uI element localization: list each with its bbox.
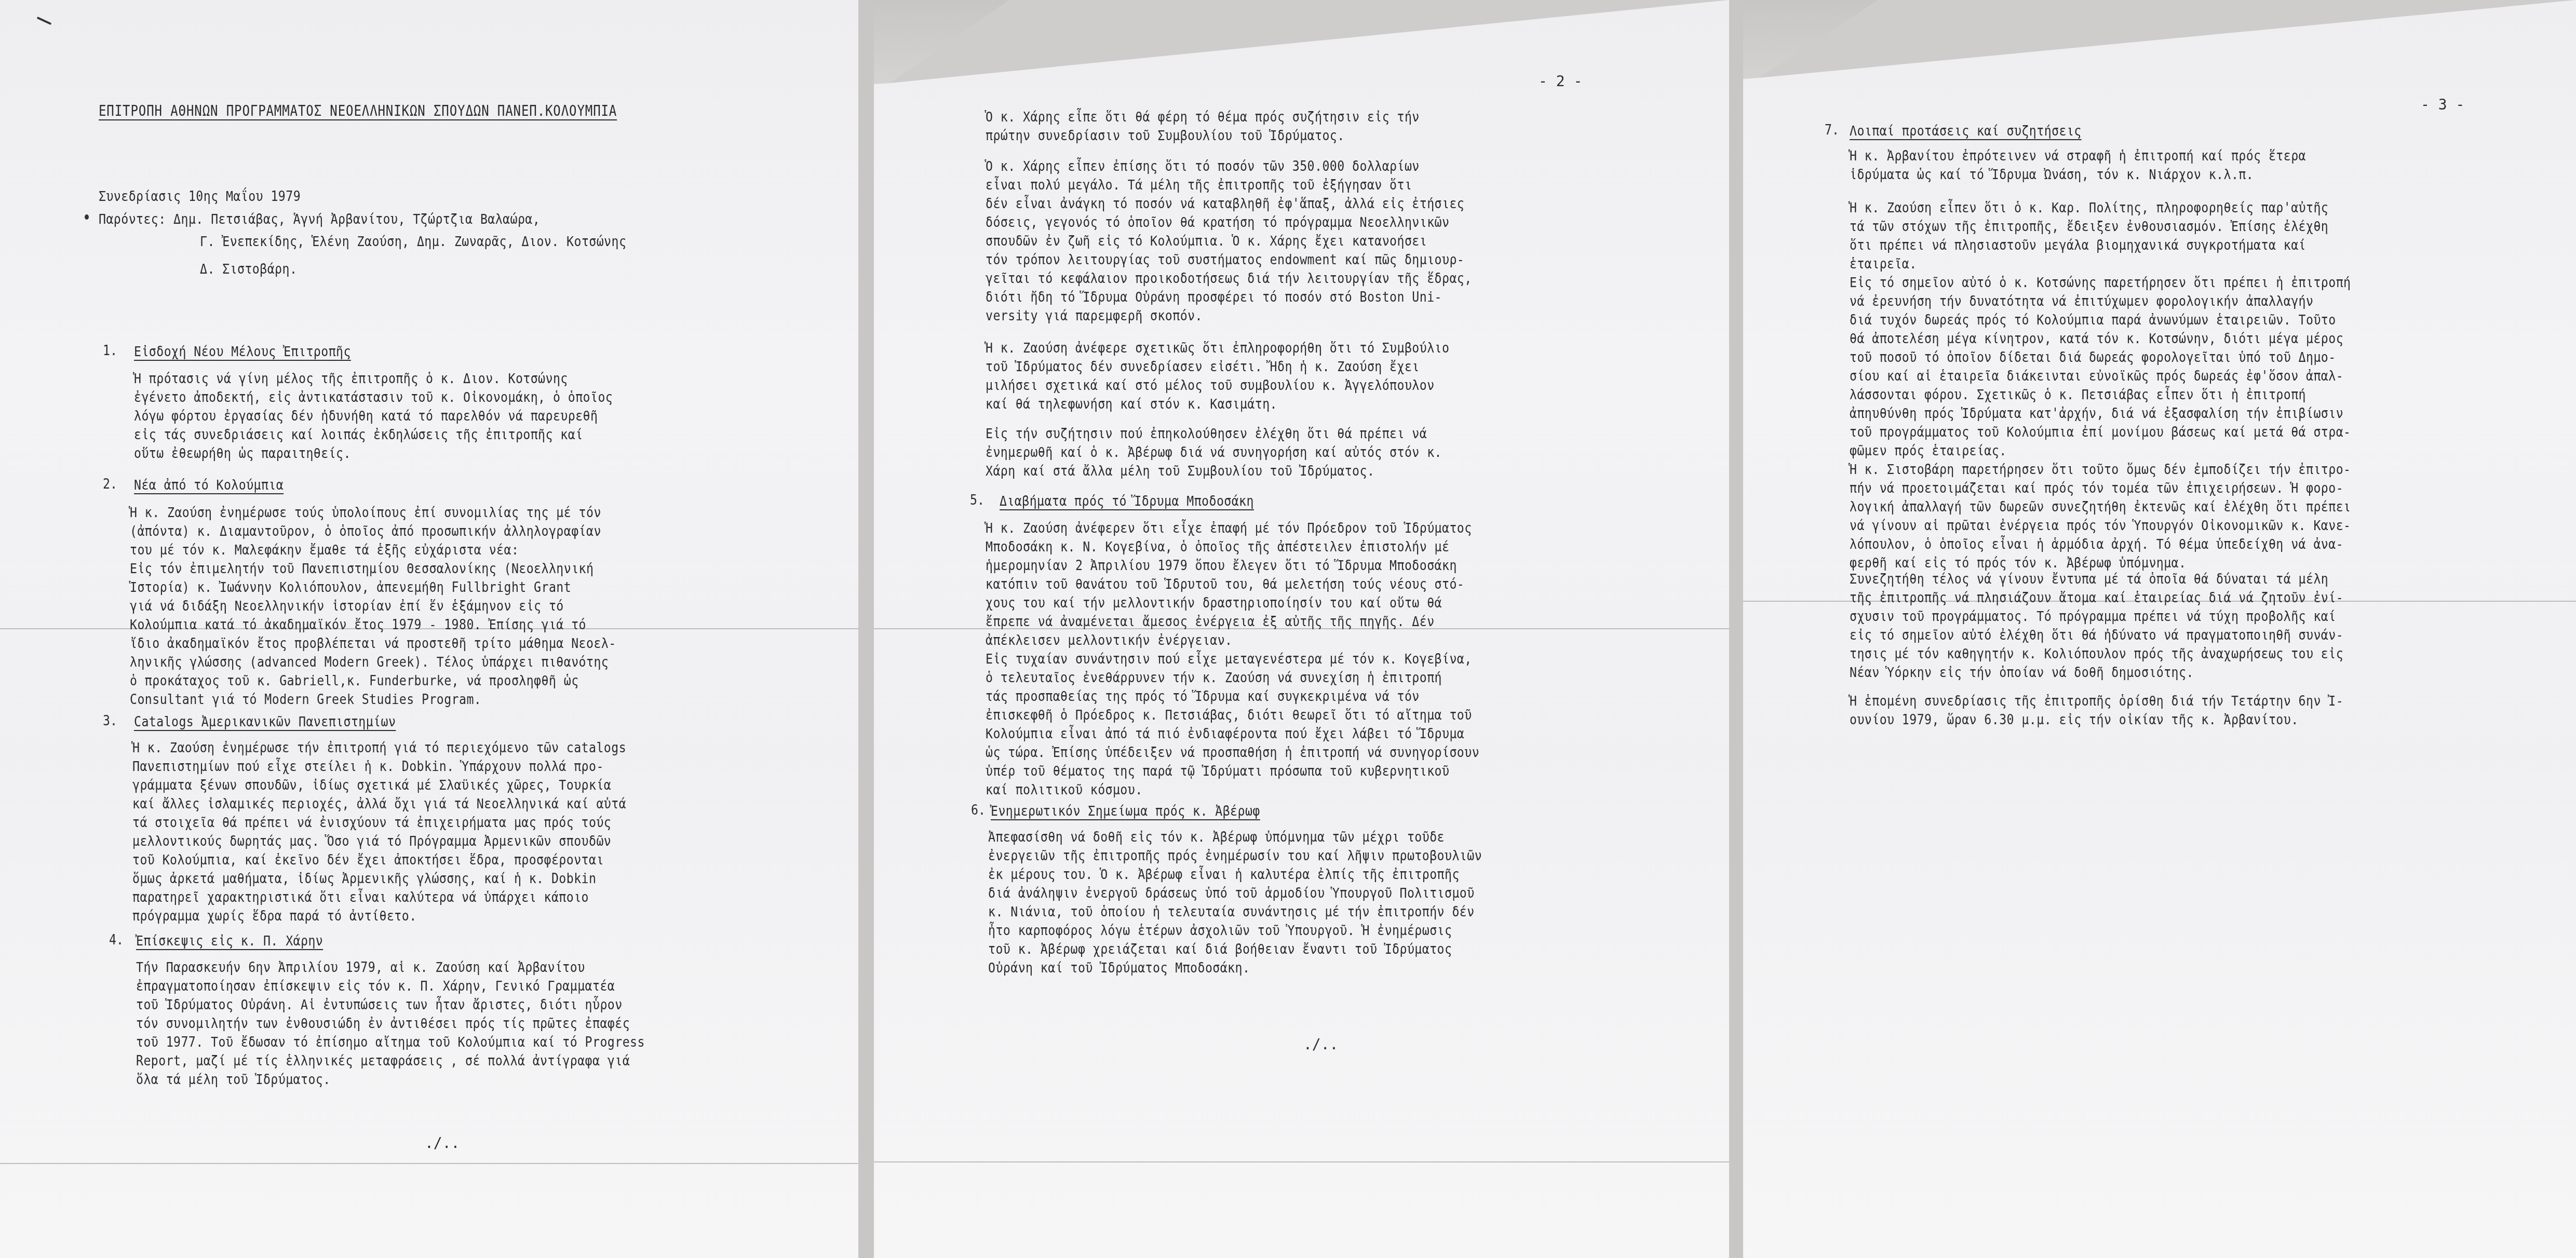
section-body: Ἀπεφασίσθη νά δοθῆ εἰς τόν κ. Ἀβέρωφ ὑπό… [988,828,1562,978]
text-line: ἐπισκεφθῆ ὁ Πρόεδρος κ. Πετσιάβας, διότι… [986,706,1479,725]
text-line: τά στοιχεῖα θά πρέπει νά ἐνισχύουν τά ἐπ… [132,814,626,832]
text-line: ἀπηυθύνθη πρός Ἱδρύματα κατ'ἀρχήν, διά ν… [1850,404,2351,423]
text-line: ληνικῆς γλώσσης (advanced Modern Greek).… [130,653,616,672]
text-line: λόπουλον, ὁ ὁποῖος εἶναι ἡ ἁρμόδια ἀρχή.… [1850,535,2351,554]
paragraph: Ἡ ἑπομένη συνεδρίασις τῆς ἐπιτροπῆς ὁρίσ… [1850,692,2424,729]
text-line: λόγω φόρτου ἐργασίας δέν ἠδυνήθη κατά τό… [134,407,613,426]
text-line: Εἰς τυχαίαν συνάντησιν πού εἶχε μεταγενέ… [986,650,1479,669]
text-line: τόν συνομιλητήν των ἐνθουσιώδη ἐν ἀντιθέ… [136,1014,645,1033]
text-line: παρατηρεῖ χαρακτηριστικά ὅτι εἶναι καλύτ… [132,888,626,907]
text-line: τοῦ ποσοῦ τό ὁποῖον δίδεται διά δωρεάς φ… [1850,348,2351,367]
text-line: διά τυχόν δωρεάς πρός τό Κολούμπια παρά … [1850,311,2351,330]
text-line: μιλήσει σχετικά καί στό μέλος τοῦ συμβου… [986,376,1449,395]
section-body: Ἡ κ. Ζαούση ἐνημέρωσε τούς ὑπολοίπους ἐπ… [130,504,695,709]
text-line: ὁ τελευταῖος ἐνεθάρρυνεν τήν κ. Ζαούση ν… [986,669,1479,687]
text-line: λογική ἀπαλλαγή τῶν δωρεῶν συνεζητήθη ἐκ… [1850,498,2351,517]
text-line: τάς προσπαθείας της πρός τό Ἵδρυμα καί σ… [986,687,1479,706]
section-heading: Ἐπίσκεψις εἰς κ. Π. Χάρην [136,932,323,951]
text-line: γιά νά διδάξη Νεοελληνικήν ἱστορίαν ἐπί … [130,597,616,616]
text-line: φῶμεν πρός ἑταιρείας. [1850,442,2351,461]
text-line: Εἰς τό σημεῖον αὐτό ὁ κ. Κοτσώνης παρετή… [1850,274,2351,292]
attendees-line: Γ. Ἐνεπεκίδης, Ἑλένη Ζαούση, Δημ. Ζωναρᾶ… [200,231,626,253]
text-line: διότι ἤδη τό Ἵδρυμα Οὐράνη προσφέρει τό … [986,288,1472,307]
text-line: καί ἄλλες ἰσλαμικές περιοχές, ἀλλά ὄχι γ… [132,795,626,814]
text-line: Ἡ κ. Ζαούση ἐνημέρωσε τήν ἐπιτροπή γιά τ… [132,739,626,757]
text-line: Εἰς τόν ἐπιμελητήν τοῦ Πανεπιστημίου Θεσ… [130,560,616,578]
text-line: τοῦ Ἱδρύματος Οὐράνη. Αἱ ἐντυπώσεις των … [136,996,645,1014]
paragraph: Ἡ κ. Ζαούση ἀνέφερε σχετικῶς ὅτι ἐπληροφ… [986,339,1525,414]
text-line: μελλοντικούς δωρητάς μας. Ὅσο γιά τό Πρό… [132,832,626,851]
text-line: οὕτω ἐθεωρήθη ὡς παραιτηθείς. [134,444,613,463]
session-date: Συνεδρίασις 10ης Μαΐου 1979 [99,185,540,208]
text-line: ὅλα τά μέλη τοῦ Ἱδρύματος. [136,1071,645,1089]
text-line: γράμματα ξένων σπουδῶν, ἰδίως σχετικά μέ… [132,776,626,795]
section-number: 5. [970,492,984,508]
text-line: τοῦ προγράμματος τοῦ Κολούμπια ἐπί μονίμ… [1850,423,2351,442]
text-line: κ. Νιάνια, τοῦ ὁποίου ἡ τελευταία συνάντ… [988,903,1482,922]
section-body: Ἡ πρότασις νά γίνη μέλος τῆς ἐπιτροπῆς ὁ… [134,370,691,463]
section-heading: Ἐνημερωτικόν Σημείωμα πρός κ. Ἀβέρωφ [991,802,1260,821]
document-page-2: - 2 - Ὁ κ. Χάρης εἶπε ὅτι θά φέρη τό θέμ… [874,0,1729,1258]
section-number: 7. [1825,122,1839,138]
text-line: ὅτι πρέπει νά πλησιαστοῦν μεγάλα βιομηχα… [1850,236,2351,255]
text-line: Τήν Παρασκευήν 6ην Ἀπριλίου 1979, αἱ κ. … [136,958,645,977]
section-heading: Διαβήματα πρός τό Ἵδρυμα Μποδοσάκη [1000,492,1254,511]
text-line: τόν τρόπον λειτουργίας τοῦ συστήματος en… [986,251,1472,269]
text-line: δέν εἶναι ἀνάγκη τό ποσόν νά καταβληθῆ ἐ… [986,195,1472,213]
page-gap [858,0,874,1258]
text-line: καί θά τηλεφωνήση καί στόν κ. Κασιμάτη. [986,395,1449,414]
continuation-mark: ./.. [1303,1036,1338,1053]
paragraph: Ὁ κ. Χάρης εἶπε ὅτι θά φέρη τό θέμα πρός… [986,108,1490,145]
text-line: versity γιά παρεμφερῆ σκοπόν. [986,307,1472,326]
text-line: Οὐράνη καί τοῦ Ἱδρύματος Μποδοσάκη. [988,959,1482,978]
text-line: Report, μαζί μέ τίς ἑλληνικές μεταφράσει… [136,1052,645,1071]
text-line: δόσεις, γεγονός τό ὁποῖον θά κρατήση τό … [986,213,1472,232]
text-line: Ἡ κ. Ζαούση ἀνέφερεν ὅτι εἶχε ἐπαφή μέ τ… [986,519,1479,538]
section-number: 6. [971,802,986,818]
text-line: Εἰς τήν συζήτησιν πού ἐπηκολούθησεν ἐλέχ… [986,425,1442,443]
text-line: νά ἐρευνήση τήν δυνατότητα νά ἐπιτύχωμεν… [1850,292,2351,311]
section-number: 1. [103,343,117,359]
text-line: Consultant γιά τό Modern Greek Studies P… [130,691,616,709]
paragraph: Ἡ κ. Ἀρβανίτου ἐπρότεινεν νά στραφῆ ἡ ἐπ… [1850,147,2380,184]
text-line: Ἱστορία) κ. Ἰωάννην Κολιόπουλον, ἀπενεμή… [130,578,616,597]
text-line: Ἡ κ. Σιστοβάρη παρετήρησεν ὅτι τοῦτο ὅμω… [1850,461,2351,479]
text-line: ἔπρεπε νά ἀναμένεται ἄμεσος ἐνέργεια ἐξ … [986,613,1479,631]
text-line: Μποδοσάκη κ. Ν. Κογεβίνα, ὁ ὁποῖος τῆς ἀ… [986,538,1479,557]
text-line: ἐνεργειῶν τῆς ἐπιτροπῆς πρός ἐνημέρωσίν … [988,847,1482,865]
text-line: ἐπραγματοποίησαν ἐπίσκεψιν εἰς τόν κ. Π.… [136,977,645,996]
text-line: Ἡ ἑπομένη συνεδρίασις τῆς ἐπιτροπῆς ὁρίσ… [1850,692,2343,711]
text-line: Πανεπιστημίων πού εἶχε στείλει ἡ κ. Dobk… [132,757,626,776]
text-line: πήν νά προετοιμάζεται καί πρός τόν τομέα… [1850,479,2351,498]
attendees-line: Δ. Σιστοβάρη. [200,253,626,286]
text-line: ἐνημερωθῆ καί ὁ κ. Ἀβέρωφ διά νά συνηγορ… [986,443,1442,462]
text-line: ἱδρύματα ὡς καί τό Ἵδρυμα Ὠνάση, τόν κ. … [1850,166,2306,184]
text-line: Χάρη καί στά ἄλλα μέλη τοῦ Συμβουλίου το… [986,462,1442,481]
text-line: ὅμως ἀρκετά μαθήματα, ἰδίως Ἀρμενικῆς γλ… [132,870,626,888]
section-number: 2. [103,476,117,492]
text-line: εἶναι πολύ μεγάλο. Τά μέλη τῆς ἐπιτροπῆς… [986,176,1472,195]
text-line: Νέαν Ὑόρκην εἰς τήν ὁποίαν νά δοθῆ δημοσ… [1850,664,2343,682]
text-line: σχυσιν τοῦ προγράμματος. Τό πρόγραμμα πρ… [1850,607,2343,626]
text-line: Ἡ κ. Ζαούση ἐνημέρωσε τούς ὑπολοίπους ἐπ… [130,504,616,522]
text-line: καί πολιτικοῦ κόσμου. [986,781,1479,800]
text-line: ὁ προκάταχος τοῦ κ. Gabriell,κ. Funderbu… [130,672,616,691]
paragraph: Εἰς τήν συζήτησιν πού ἐπηκολούθησεν ἐλέχ… [986,425,1516,481]
text-line: Ὁ κ. Χάρης εἶπε ὅτι θά φέρη τό θέμα πρός… [986,108,1420,127]
scan-artifact [85,214,89,220]
section-number: 4. [109,932,124,948]
text-line: θά ἀποτελέση μέγα κίνητρον, κατά τόν κ. … [1850,330,2351,348]
text-line: ουνίου 1979, ὥραν 6.30 μ.μ. εἰς τήν οἰκί… [1850,711,2343,729]
text-line: ἡμερομηνίαν 2 Ἀπριλίου 1979 ὅπου ἔλεγεν … [986,557,1479,575]
text-line: Ἡ πρότασις νά γίνη μέλος τῆς ἐπιτροπῆς ὁ… [134,370,613,388]
text-line: γεῖται τό κεφάλαιον προικοδοτήσεως διά τ… [986,269,1472,288]
section-heading: Νέα ἀπό τό Κολούμπια [134,476,284,495]
section-body: Τήν Παρασκευήν 6ην Ἀπριλίου 1979, αἱ κ. … [136,958,727,1089]
text-line: ἦτο καρποφόρος λόγω ἑτέρων ἀσχολιῶν τοῦ … [988,922,1482,940]
section-body: Ἡ κ. Ζαούση ἀνέφερεν ὅτι εἶχε ἐπαφή μέ τ… [986,519,1560,800]
text-line: Ἡ κ. Ζαούση ἀνέφερε σχετικῶς ὅτι ἐπληροφ… [986,339,1449,358]
text-line: του μέ τόν κ. Μαλεφάκην ἔμαθε τά ἑξῆς εὐ… [130,541,616,560]
text-line: πρόγραμμα χωρίς ἕδρα παρά τό ἀντίθετο. [132,907,626,926]
text-line: λάσσονται φόρου. Σχετικῶς ὁ κ. Πετσιάβας… [1850,386,2351,404]
text-line: ἀπέκλεισεν μελλοντικήν ἐνέργειαν. [986,631,1479,650]
section-body: Ἡ κ. Ζαούση ἐνημέρωσε τήν ἐπιτροπή γιά τ… [132,739,707,926]
document-title: ΕΠΙΤΡΟΠΗ ΑΘΗΝΩΝ ΠΡΟΓΡΑΜΜΑΤΟΣ ΝΕΟΕΛΛΗΝΙΚΩ… [99,102,617,120]
paragraph: Ὁ κ. Χάρης εἶπεν ἐπίσης ὅτι τό ποσόν τῶν… [986,157,1551,326]
text-line: τοῦ Ἱδρύματος δέν συνεδρίασεν εἰσέτι. Ἤδ… [986,358,1449,376]
page-gap [1729,0,1743,1258]
page-number: - 3 - [2421,96,2464,113]
document-page-3: - 3 - 7. Λοιπαί προτάσεις καί συζητήσεις… [1743,0,2576,1258]
section-heading: Εἰσδοχή Νέου Μέλους Ἐπιτροπῆς [134,343,351,361]
section-heading: Catalogs Ἀμερικανικῶν Πανεπιστημίων [134,713,396,732]
section-number: 3. [103,713,117,729]
text-line: ὡς τώρα. Ἐπίσης ὑπέδειξεν νά προσπαθήση … [986,743,1479,762]
text-line: ἴδιο ἀκαδημαϊκόν ἔτος προβλέπεται νά προ… [130,634,616,653]
paragraph: Ἡ κ. Ζαούση εἶπεν ὅτι ὁ κ. Καρ. Πολίτης,… [1850,199,2433,573]
text-line: ἐκ μέρους του. Ὁ κ. Ἀβέρωφ εἶναι ἡ καλυτ… [988,865,1482,884]
text-line: πρώτην συνεδρίασιν τοῦ Συμβουλίου τοῦ Ἱδ… [986,127,1420,145]
text-line: ἐγένετο ἀποδεκτή, εἰς ἀντικατάστασιν τοῦ… [134,388,613,407]
text-line: κατόπιν τοῦ θανάτου τοῦ Ἱδρυτοῦ του, θά … [986,575,1479,594]
text-line: Ἡ κ. Ἀρβανίτου ἐπρότεινεν νά στραφῆ ἡ ἐπ… [1850,147,2306,166]
page-number: - 2 - [1539,73,1582,90]
text-line: τοῦ κ. Ἀβέρωφ χρειάζεται καί διά βοήθεια… [988,940,1482,959]
paper-crease [0,1163,858,1164]
text-line: ὑπέρ τοῦ θέματος της παρά τῷ Ἱδρύματι πρ… [986,762,1479,781]
paragraph: Συνεζητήθη τέλος νά γίνουν ἔντυπα μέ τά … [1850,570,2424,682]
section-heading: Λοιπαί προτάσεις καί συζητήσεις [1850,122,2082,141]
text-line: σπουδῶν ἐν ζωῆ εἰς τό Κολούμπια. Ὁ κ. Χά… [986,232,1472,251]
text-line: τοῦ Κολούμπια, καί ἐκεῖνο δέν ἔχει ἀποκτ… [132,851,626,870]
text-line: Κολούμπια κατά τό ἀκαδημαϊκόν ἔτος 1979 … [130,616,616,634]
text-line: Ἀπεφασίσθη νά δοθῆ εἰς τόν κ. Ἀβέρωφ ὑπό… [988,828,1482,847]
text-line: Ἡ κ. Ζαούση εἶπεν ὅτι ὁ κ. Καρ. Πολίτης,… [1850,199,2351,218]
attendees-line: Παρόντες: Δημ. Πετσιάβας, Ἁγνή Ἀρβανίτου… [99,208,540,231]
text-line: χους του καί τήν μελλοντικήν δραστηριοπο… [986,594,1479,613]
text-line: τῆς ἐπιτροπῆς νά πλησιάζουν ἄτομα καί ἑτ… [1850,589,2343,607]
text-line: εἰς τό σημεῖον αὐτό ἐλέχθη ὅτι θά ἠδύνατ… [1850,626,2343,645]
paper-crease [874,1161,1729,1162]
scan-artifact [37,17,52,25]
text-line: νά γίνουν αἱ πρῶται ἐνέργεια πρός τόν Ὑπ… [1850,517,2351,535]
text-line: (ἀπόντα) κ. Διαμαντοῦρον, ὁ ὁποῖος ἀπό π… [130,522,616,541]
text-line: τά τῶν στόχων τῆς ἐπιτροπῆς, ἔδειξεν ἐνθ… [1850,218,2351,236]
document-page-1: ΕΠΙΤΡΟΠΗ ΑΘΗΝΩΝ ΠΡΟΓΡΑΜΜΑΤΟΣ ΝΕΟΕΛΛΗΝΙΚΩ… [0,0,858,1258]
text-line: Συνεζητήθη τέλος νά γίνουν ἔντυπα μέ τά … [1850,570,2343,589]
text-line: Κολούμπια εἶναι ἀπό τά πιό ἐνδιαφέροντα … [986,725,1479,743]
text-line: διά ἀνάληψιν ἐνεργοῦ δράσεως ὑπό τοῦ ἁρμ… [988,884,1482,903]
text-line: ἑταιρεῖα. [1850,255,2351,274]
text-line: τοῦ 1977. Τοῦ ἔδωσαν τό ἐπίσημο αἴτημα τ… [136,1033,645,1052]
text-line: Ὁ κ. Χάρης εἶπεν ἐπίσης ὅτι τό ποσόν τῶν… [986,157,1472,176]
continuation-mark: ./.. [425,1134,460,1152]
text-line: εἰς τάς συνεδριάσεις καί λοιπάς ἐκδηλώσε… [134,426,613,444]
text-line: σίου καί αἱ ἑταιρεῖα διάκεινται εὐνοϊκῶς… [1850,367,2351,386]
text-line: τησις μέ τόν καθηγητήν κ. Κολιόπουλον πρ… [1850,645,2343,664]
